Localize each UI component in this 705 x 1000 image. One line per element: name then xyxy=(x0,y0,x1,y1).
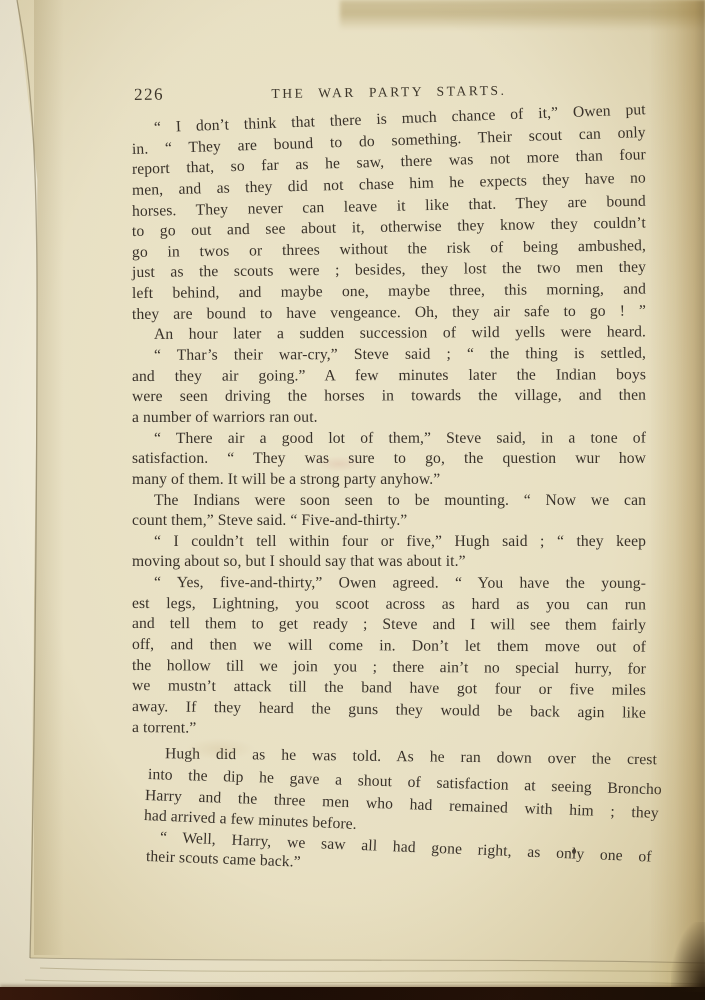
text-line: many of them. It will be a strong party … xyxy=(132,470,646,491)
text-line: were seen driving the horses in towards … xyxy=(132,386,646,408)
paragraph: “ I don’t think that there is much chanc… xyxy=(132,119,646,325)
paper-stain xyxy=(316,456,362,472)
paragraph: “ There air a good lot of them,” Steve s… xyxy=(132,429,646,491)
running-title: THE WAR PARTY STARTS. xyxy=(132,78,646,104)
text-line: off, and then we will come in. Don’t let… xyxy=(132,635,646,658)
text-line: “ There air a good lot of them,” Steve s… xyxy=(132,428,646,449)
text-line: and tell them to get ready ; Steve and I… xyxy=(132,614,646,636)
text-line: satisfaction. “ They was sure to go, the… xyxy=(132,449,646,470)
text-line: and they air going.” A few minutes later… xyxy=(132,365,646,387)
book-page-scan: 226 THE WAR PARTY STARTS. “ I don’t thin… xyxy=(0,0,705,1000)
paragraph: An hour later a sudden succession of wil… xyxy=(132,325,646,346)
paragraph: The Indians were soon seen to be mountin… xyxy=(132,491,646,532)
paragraph: “ Yes, five-and-thirty,” Owen agreed. “ … xyxy=(132,573,646,738)
page-curve-shade xyxy=(34,0,64,955)
text-line: moving about so, but I should say that w… xyxy=(132,552,646,573)
text-line: The Indians were soon seen to be mountin… xyxy=(132,491,646,512)
text-line: An hour later a sudden succession of wil… xyxy=(132,323,646,346)
ink-speck xyxy=(572,849,576,854)
text-line: “ I couldn’t tell within four or five,” … xyxy=(132,532,646,553)
page-number: 226 xyxy=(134,85,164,105)
corner-shadow xyxy=(671,922,705,992)
page-header: 226 THE WAR PARTY STARTS. xyxy=(132,78,646,104)
text-line: count them,” Steve said. “ Five-and-thir… xyxy=(132,511,646,532)
page-stack-right-edge xyxy=(650,0,705,1000)
paper-stain xyxy=(185,738,255,760)
paragraph: “ I couldn’t tell within four or five,” … xyxy=(132,532,646,573)
text-line: “ Yes, five-and-thirty,” Owen agreed. “ … xyxy=(132,573,646,595)
text-line: “ Thar’s their war-cry,” Steve said ; “ … xyxy=(132,344,646,367)
paragraph: “ Thar’s their war-cry,” Steve said ; “ … xyxy=(132,346,646,429)
book-page: 226 THE WAR PARTY STARTS. “ I don’t thin… xyxy=(0,0,705,1000)
text-line: a number of warriors ran out. xyxy=(132,407,646,429)
text-line: est legs, Lightning, you scoot across as… xyxy=(132,594,646,616)
book-cover-edge xyxy=(0,987,705,1000)
